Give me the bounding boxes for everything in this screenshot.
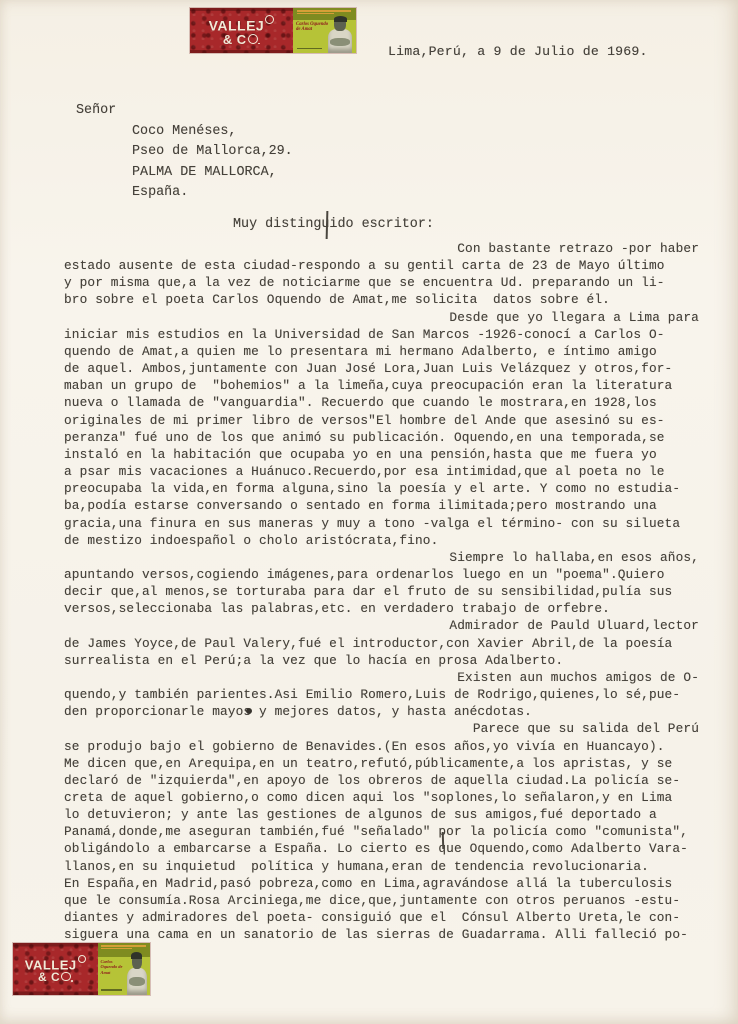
recipient-city: PALMA DE MALLORCA,: [132, 163, 293, 184]
brand-amp: & C: [223, 32, 247, 47]
period-dot-icon: [71, 980, 73, 982]
body-line: iniciar mis estudios en la Universidad d…: [64, 326, 699, 343]
dateline: Lima,Perú, a 9 de Julio de 1969.: [388, 44, 648, 59]
vallejo-logo-green-panel: Carlos Oquendo de Amat: [98, 943, 150, 995]
body-line: peranza" fué uno de los que animó su pub…: [64, 429, 699, 446]
oquendo-photo: [326, 16, 355, 53]
vallejo-logo-top: VALLEJ & C Carlos Oquendo de Amat: [190, 8, 356, 53]
vallejo-logo-red-panel: VALLEJ & C: [190, 8, 293, 53]
vallejo-logo-green-panel: Carlos Oquendo de Amat: [293, 8, 356, 53]
body-line: Me dicen que,en Arequipa,en un teatro,re…: [64, 755, 699, 772]
body-line: de mestizo indoespañol o cholo aristócra…: [64, 532, 699, 549]
ring-o-icon: [248, 34, 258, 44]
body-line: estado ausente de esta ciudad-respondo a…: [64, 257, 699, 274]
body-line: ba,podía estarse conversando o sentado e…: [64, 497, 699, 514]
body-line: Con bastante retrazo -por haber: [64, 240, 699, 257]
body-line: de James Yoyce,de Paul Valery,fué el int…: [64, 635, 699, 652]
body-line: y por misma que,a la vez de noticiarme q…: [64, 274, 699, 291]
body-line: Desde que yo llegara a Lima para: [64, 309, 699, 326]
scanned-letter-page: VALLEJ & C Carlos Oquendo de Amat Lima,P…: [0, 0, 738, 1024]
body-line: apuntando versos,cogiendo imágenes,para …: [64, 566, 699, 583]
body-line: Existen aun muchos amigos de O-: [64, 669, 699, 686]
body-line: den proporcionarle mayos y mejores datos…: [64, 703, 699, 720]
body-line: versos,seleccionaba las palabras,etc. en…: [64, 600, 699, 617]
logo-small-caption-line: [297, 48, 322, 50]
body-line: a psar mis vacaciones a Huánuco.Recuerdo…: [64, 463, 699, 480]
body-line: que le consumía.Rosa Arciniega,me dice,q…: [64, 892, 699, 909]
body-line: llanos,en su inquietud política y humana…: [64, 858, 699, 875]
body-line: maban un grupo de "bohemios" a la limeña…: [64, 377, 699, 394]
body-line: obligándolo a embarcarse a España. Lo ci…: [64, 840, 699, 857]
body-line: nueva o llamada de "vanguardia". Recuerd…: [64, 394, 699, 411]
body-line: originales de mi primer libro de versos"…: [64, 412, 699, 429]
body-line: Panamá,donde,me aseguran también,fué "se…: [64, 823, 699, 840]
body-line: quendo de Amat,a quien me lo presentara …: [64, 343, 699, 360]
vallejo-brand-text: VALLEJ & C: [25, 955, 86, 984]
body-line: gracia,una finura en sus maneras y muy a…: [64, 515, 699, 532]
body-line: quendo,y también parientes.Asi Emilio Ro…: [64, 686, 699, 703]
recipient-block: Señor Coco Menéses, Pseo de Mallorca,29.…: [76, 101, 293, 204]
body-line: instaló en la habitación que ocupaba yo …: [64, 446, 699, 463]
vallejo-logo-red-panel: VALLEJ & C: [13, 943, 98, 995]
body-line: diantes y admiradores del poeta- consigu…: [64, 909, 699, 926]
body-line: de aquel. Ambos,juntamente con Juan José…: [64, 360, 699, 377]
body-line: declaró de "izquierda",en apoyo de los o…: [64, 772, 699, 789]
body-line: En España,en Madrid,pasó pobreza,como en…: [64, 875, 699, 892]
oquendo-photo: [125, 952, 149, 995]
vallejo-brand-text: VALLEJ & C: [209, 15, 275, 46]
body-line: preocupaba la vida,en forma alguna,sino …: [64, 480, 699, 497]
body-line: Siempre lo hallaba,en esos años,: [64, 549, 699, 566]
recipient-country: España.: [132, 183, 293, 204]
ring-o-icon: [61, 972, 70, 981]
recipient-street: Pseo de Mallorca,29.: [132, 142, 293, 163]
ink-blob-mark: [246, 708, 252, 714]
ring-o-icon: [78, 955, 87, 964]
vallejo-logo-bottom: VALLEJ & C Carlos Oquendo de Amat: [13, 943, 150, 995]
greeting-line: Muy distinguido escritor:: [233, 217, 434, 232]
body-line: surrealista en el Perú;a la vez que lo h…: [64, 652, 699, 669]
body-line: creta de aquel gobierno,o como dicen aqu…: [64, 789, 699, 806]
letter-body: Con bastante retrazo -por haberestado au…: [64, 240, 699, 943]
ring-o-icon: [265, 15, 274, 24]
body-line: decir que,al menos,se torturaba para dar…: [64, 583, 699, 600]
body-line: lo detuvieron; y ante las gestiones de a…: [64, 806, 699, 823]
period-dot-icon: [258, 43, 260, 45]
recipient-name: Coco Menéses,: [132, 122, 293, 143]
brand-amp: & C: [38, 970, 60, 984]
body-line: siguera una cama en un sanatorio de las …: [64, 926, 699, 943]
recipient-title: Señor: [76, 101, 293, 122]
logo-small-caption-line: [101, 989, 122, 991]
body-line: se produjo bajo el gobierno de Benavides…: [64, 738, 699, 755]
body-line: bro sobre el poeta Carlos Oquendo de Ama…: [64, 291, 699, 308]
body-line: Parece que su salida del Perú: [64, 720, 699, 737]
body-line: Admirador de Pauld Uluard,lector: [64, 617, 699, 634]
